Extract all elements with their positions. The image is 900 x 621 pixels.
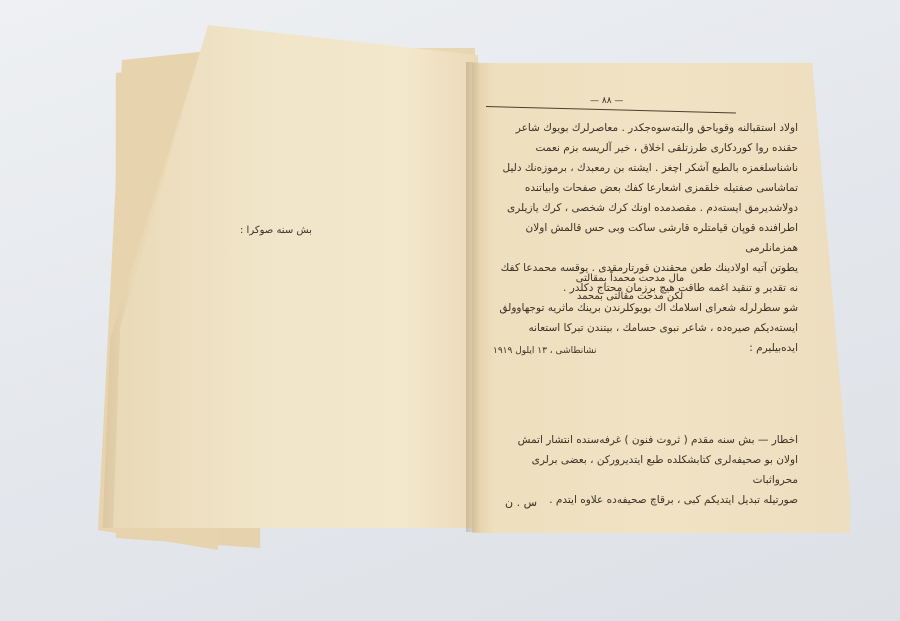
text-line: دولاشديرمق ايسته‌دم . مقصدمده اونك كرك ش… <box>493 198 798 218</box>
text-line: ناشناسلغمزه بالطبع آشكر اچغز . ايشته بن … <box>493 158 798 178</box>
text-line: اولاد استقبالنه وقوياحق والبته‌سو‌ه‌جكدر… <box>493 118 798 138</box>
page-number: — ٨٨ — <box>590 96 623 106</box>
book-gutter <box>466 62 480 532</box>
verse-line: مال مدحت محمداً بمقالتى <box>555 270 705 288</box>
photo-scene: بش سنه صوكرا : — ٨٨ — اولاد استقبالنه وق… <box>0 0 900 621</box>
verse-line: لكن مدحت مقالتى بمحمد <box>555 288 705 306</box>
date-line: نشانطاشى ، ١٣ ايلول ١٩١٩ <box>493 346 693 356</box>
text-line: اطرافنده قوپان قيامتلره قارشى ساكت وبى ح… <box>493 218 798 258</box>
main-paragraph: اولاد استقبالنه وقوياحق والبته‌سو‌ه‌جكدر… <box>493 118 798 358</box>
note-line: صورتيله تبديل ايتديكم كبى ، برقاچ صحيفه‌… <box>493 490 798 510</box>
left-page-heading: بش سنه صوكرا : <box>240 225 312 236</box>
verse-couplet: مال مدحت محمداً بمقالتى لكن مدحت مقالتى … <box>555 270 705 306</box>
note-line: اولان بو صحيفه‌لرى كتابشكلده طبع ايتديرو… <box>493 450 798 490</box>
text-line: حقنده روا كوردكارى طرزتلقى اخلاق ، خير آ… <box>493 138 798 158</box>
note-paragraph: اخطار — بش سنه مقدم ( ثروت فنون ) غرفه‌س… <box>493 430 798 510</box>
text-line: تماشاسى صفتيله خلقمزى اشعارعا كفك بعض صف… <box>493 178 798 198</box>
signature: س . ن <box>505 496 537 509</box>
note-line: اخطار — بش سنه مقدم ( ثروت فنون ) غرفه‌س… <box>493 430 798 450</box>
